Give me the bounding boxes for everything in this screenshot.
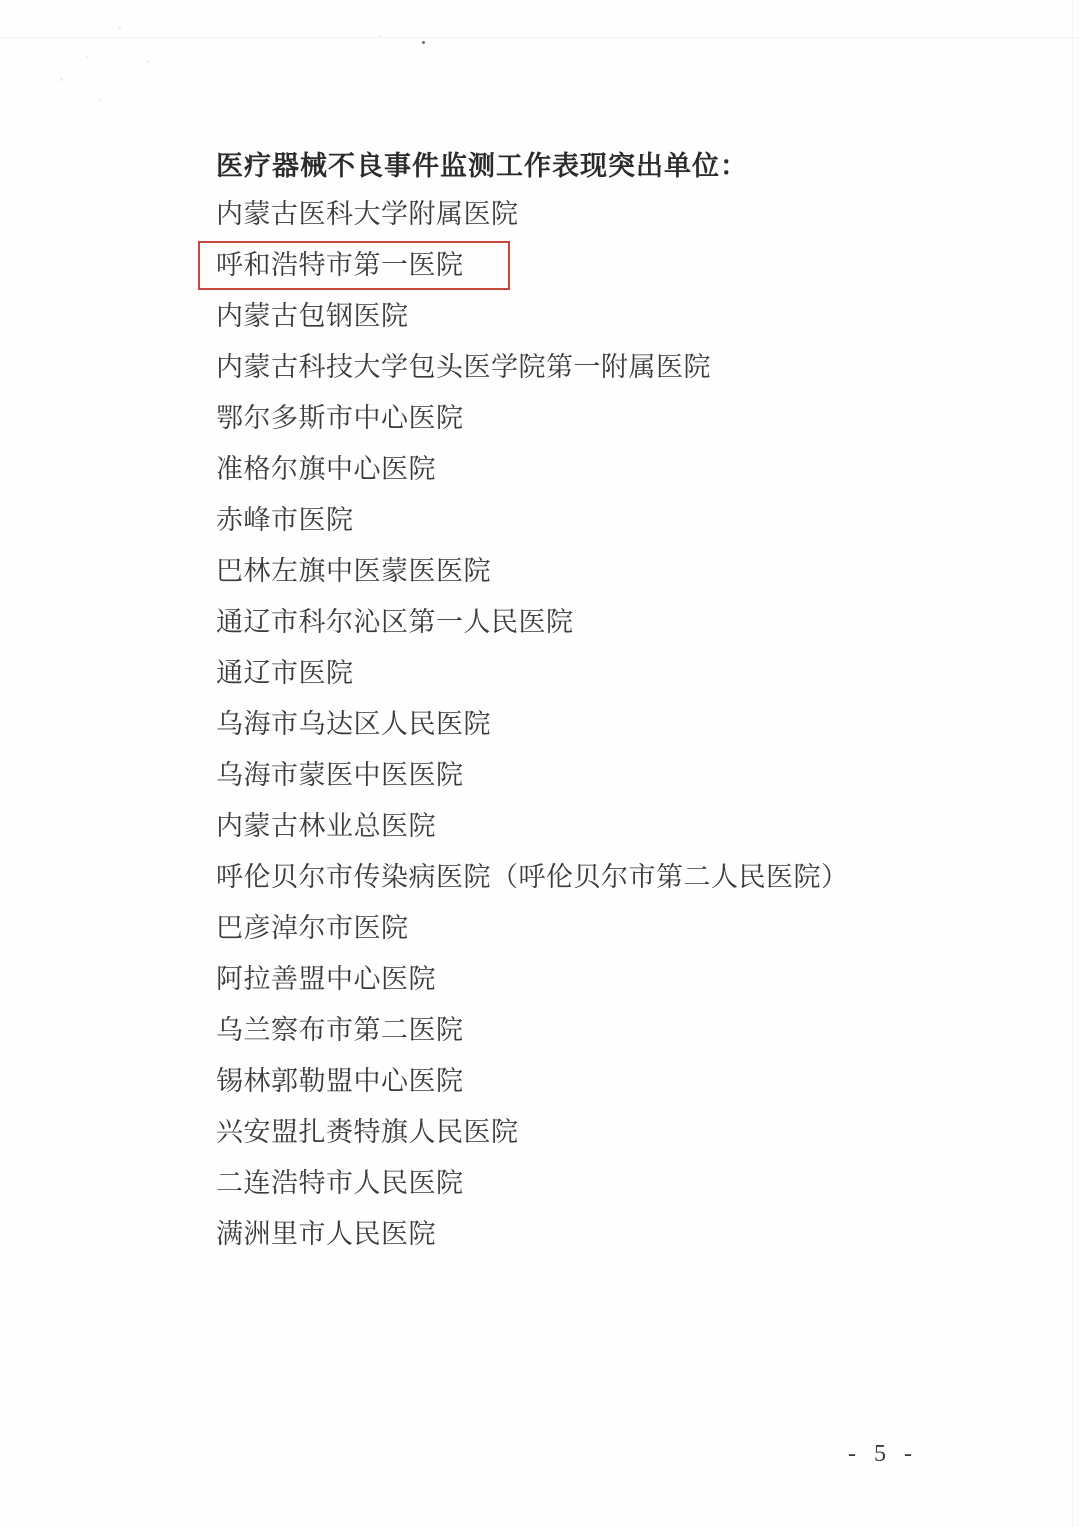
hospital-name: 准格尔旗中心医院	[216, 456, 436, 483]
hospital-list: 内蒙古医科大学附属医院呼和浩特市第一医院内蒙古包钢医院内蒙古科技大学包头医学院第…	[216, 189, 1036, 1260]
list-item: 通辽市医院	[216, 648, 1036, 699]
list-item: 呼伦贝尔市传染病医院（呼伦贝尔市第二人民医院）	[216, 852, 1036, 903]
hospital-name: 赤峰市医院	[216, 507, 354, 534]
hospital-name: 鄂尔多斯市中心医院	[216, 405, 464, 432]
hospital-name: 乌兰察布市第二医院	[216, 1017, 464, 1044]
section-title: 医疗器械不良事件监测工作表现突出单位：	[216, 144, 748, 183]
hospital-name: 乌海市蒙医中医医院	[216, 762, 464, 789]
hospital-name: 巴林左旗中医蒙医医院	[216, 558, 491, 585]
list-item: 内蒙古包钢医院	[216, 291, 1036, 342]
list-item: 呼和浩特市第一医院	[216, 240, 1036, 291]
list-item: 阿拉善盟中心医院	[216, 954, 1036, 1005]
hospital-name: 内蒙古林业总医院	[216, 813, 436, 840]
list-item: 乌海市蒙医中医医院	[216, 750, 1036, 801]
list-item: 内蒙古医科大学附属医院	[216, 189, 1036, 240]
hospital-name: 内蒙古医科大学附属医院	[216, 201, 519, 228]
list-item: 巴林左旗中医蒙医医院	[216, 546, 1036, 597]
hospital-name: 巴彦淖尔市医院	[216, 915, 409, 942]
highlighted-hospital-name: 呼和浩特市第一医院	[198, 241, 510, 290]
hospital-name: 乌海市乌达区人民医院	[216, 711, 491, 738]
hospital-name: 通辽市科尔沁区第一人民医院	[216, 609, 574, 636]
hospital-name: 内蒙古包钢医院	[216, 303, 409, 330]
hospital-name: 阿拉善盟中心医院	[216, 966, 436, 993]
hospital-name: 内蒙古科技大学包头医学院第一附属医院	[216, 354, 711, 381]
hospital-name: 兴安盟扎赉特旗人民医院	[216, 1119, 519, 1146]
scan-artifact-horizontal-line	[0, 37, 1080, 38]
scan-speck-artifacts	[422, 41, 425, 44]
title-row: 医疗器械不良事件监测工作表现突出单位：	[216, 138, 1036, 189]
list-item: 通辽市科尔沁区第一人民医院	[216, 597, 1036, 648]
list-item: 鄂尔多斯市中心医院	[216, 393, 1036, 444]
hospital-name: 锡林郭勒盟中心医院	[216, 1068, 464, 1095]
list-item: 内蒙古科技大学包头医学院第一附属医院	[216, 342, 1036, 393]
hospital-name: 呼伦贝尔市传染病医院（呼伦贝尔市第二人民医院）	[216, 864, 849, 891]
page-number: - 5 -	[848, 1441, 918, 1468]
document-page: 医疗器械不良事件监测工作表现突出单位： 内蒙古医科大学附属医院呼和浩特市第一医院…	[0, 0, 1080, 1527]
hospital-name: 通辽市医院	[216, 660, 354, 687]
list-item: 兴安盟扎赉特旗人民医院	[216, 1107, 1036, 1158]
list-item: 乌海市乌达区人民医院	[216, 699, 1036, 750]
document-content: 医疗器械不良事件监测工作表现突出单位： 内蒙古医科大学附属医院呼和浩特市第一医院…	[216, 138, 1036, 1260]
list-item: 准格尔旗中心医院	[216, 444, 1036, 495]
scan-artifact-vertical-line	[1072, 0, 1073, 1527]
list-item: 巴彦淖尔市医院	[216, 903, 1036, 954]
list-item: 二连浩特市人民医院	[216, 1158, 1036, 1209]
list-item: 锡林郭勒盟中心医院	[216, 1056, 1036, 1107]
list-item: 满洲里市人民医院	[216, 1209, 1036, 1260]
list-item: 赤峰市医院	[216, 495, 1036, 546]
hospital-name: 满洲里市人民医院	[216, 1221, 436, 1248]
list-item: 乌兰察布市第二医院	[216, 1005, 1036, 1056]
list-item: 内蒙古林业总医院	[216, 801, 1036, 852]
hospital-name: 二连浩特市人民医院	[216, 1170, 464, 1197]
